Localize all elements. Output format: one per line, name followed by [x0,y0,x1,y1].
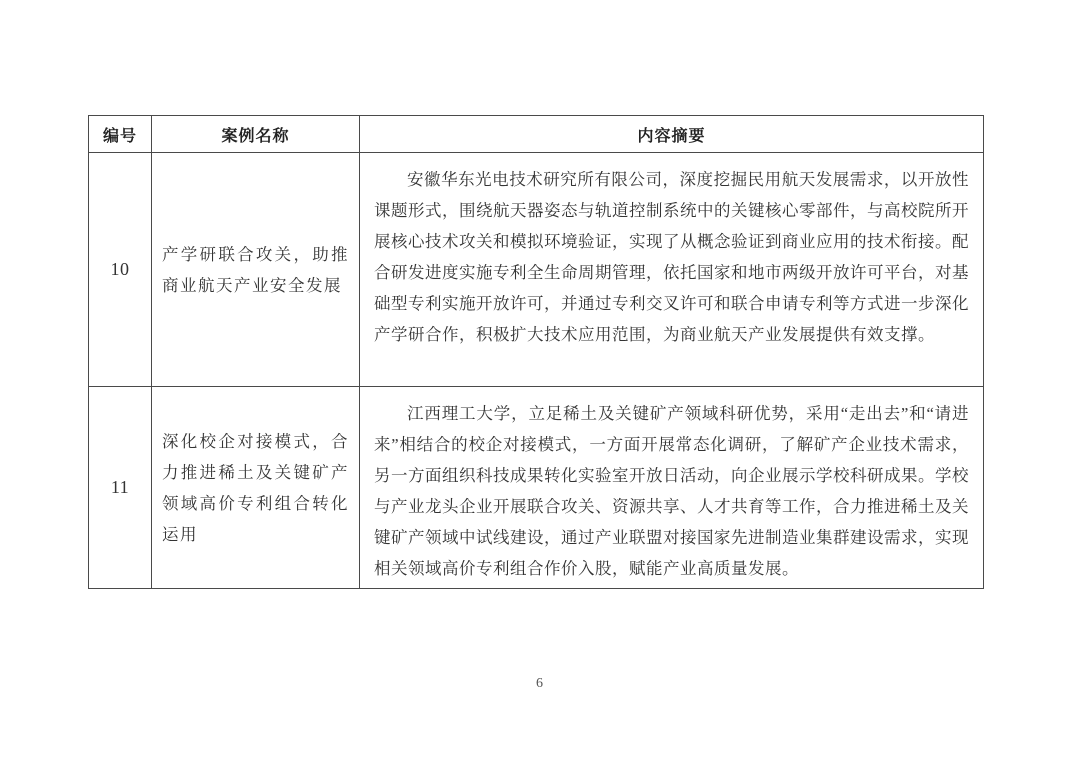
case-number: 10 [89,153,152,387]
header-id: 编号 [89,116,152,153]
header-summary: 内容摘要 [360,116,984,153]
case-number: 11 [89,387,152,589]
header-case-name: 案例名称 [152,116,360,153]
case-summary: 安徽华东光电技术研究所有限公司，深度挖掘民用航天发展需求，以开放性课题形式，围绕… [360,153,984,387]
table-row: 11 深化校企对接模式，合力推进稀土及关键矿产领域高价专利组合转化运用 江西理工… [89,387,984,589]
document-page: 编号 案例名称 内容摘要 10 产学研联合攻关，助推商业航天产业安全发展 安徽华… [0,0,1079,762]
case-summary-text: 江西理工大学，立足稀土及关键矿产领域科研优势，采用“走出去”和“请进来”相结合的… [374,398,969,584]
case-summary: 江西理工大学，立足稀土及关键矿产领域科研优势，采用“走出去”和“请进来”相结合的… [360,387,984,589]
case-summary-text: 安徽华东光电技术研究所有限公司，深度挖掘民用航天发展需求，以开放性课题形式，围绕… [374,164,969,350]
case-name: 深化校企对接模式，合力推进稀土及关键矿产领域高价专利组合转化运用 [152,387,360,589]
table-header-row: 编号 案例名称 内容摘要 [89,116,984,153]
page-number: 6 [0,676,1079,692]
case-name: 产学研联合攻关，助推商业航天产业安全发展 [152,153,360,387]
case-table: 编号 案例名称 内容摘要 10 产学研联合攻关，助推商业航天产业安全发展 安徽华… [88,115,984,589]
table-row: 10 产学研联合攻关，助推商业航天产业安全发展 安徽华东光电技术研究所有限公司，… [89,153,984,387]
